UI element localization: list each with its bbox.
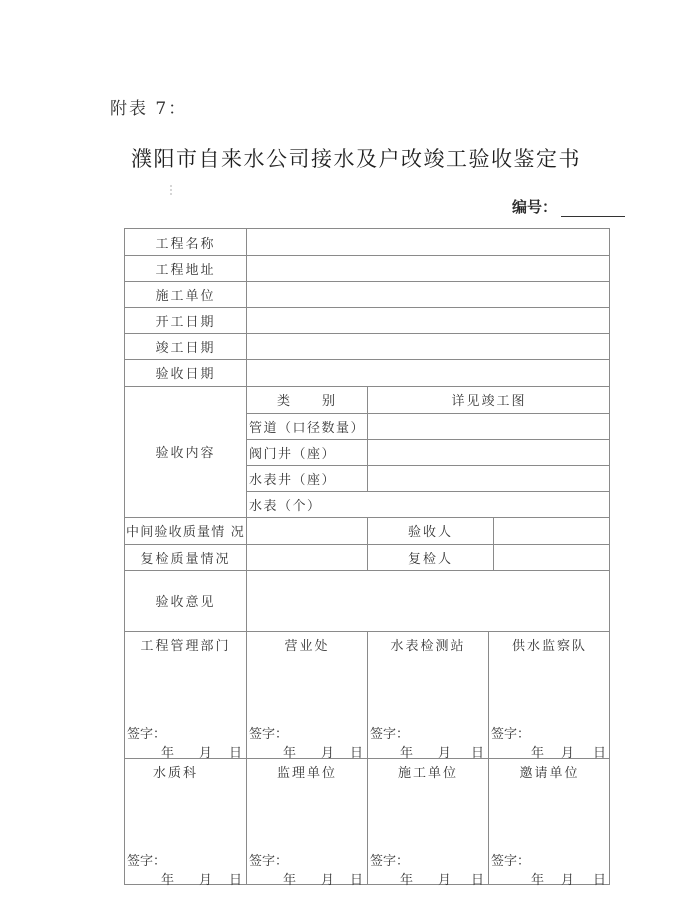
day-label: 日 bbox=[593, 869, 606, 888]
signature-label: 签字： bbox=[370, 723, 409, 742]
label-acceptance-opinion: 验收意见 bbox=[125, 570, 246, 631]
category-meter-well: 水表井（座） bbox=[247, 465, 367, 491]
signature-label: 签字： bbox=[491, 723, 530, 742]
org-name: 施工单位 bbox=[368, 762, 488, 781]
category-water-meter: 水表（个） bbox=[247, 491, 610, 517]
label-project-name: 工程名称 bbox=[125, 229, 246, 255]
signature-block-water-quality-dept[interactable]: 水质科 签字： 年 月 日 bbox=[125, 758, 246, 885]
signature-block-meter-testing-station[interactable]: 水表检测站 签字： 年 月 日 bbox=[368, 631, 488, 758]
label-interim-quality: 中间验收质量情 况 bbox=[125, 517, 246, 544]
signature-block-construction-unit[interactable]: 施工单位 签字： 年 月 日 bbox=[368, 758, 488, 885]
serial-number-field: 编号： bbox=[512, 196, 625, 217]
input-start-date[interactable] bbox=[247, 307, 610, 333]
label-start-date: 开工日期 bbox=[125, 307, 246, 333]
signature-block-invited-unit[interactable]: 邀请单位 签字： 年 月 日 bbox=[489, 758, 610, 885]
signature-block-business-office[interactable]: 营业处 签字： 年 月 日 bbox=[247, 631, 367, 758]
document-title: 濮阳市自来水公司接水及户改竣工验收鉴定书 bbox=[0, 143, 700, 173]
signature-label: 签字： bbox=[127, 723, 166, 742]
label-rechecker: 复检人 bbox=[368, 544, 493, 570]
input-acceptance-date[interactable] bbox=[247, 359, 610, 386]
category-valve-well: 阀门井（座） bbox=[247, 439, 367, 465]
input-acceptance-opinion[interactable] bbox=[247, 570, 610, 631]
input-inspector[interactable] bbox=[494, 517, 610, 544]
year-label: 年 bbox=[161, 869, 174, 888]
org-name: 水质科 bbox=[125, 762, 226, 781]
label-construction-unit: 施工单位 bbox=[125, 281, 246, 307]
month-label: 月 bbox=[199, 869, 212, 888]
org-name: 邀请单位 bbox=[489, 762, 610, 781]
input-project-address[interactable] bbox=[247, 255, 610, 281]
header-category: 类 别 bbox=[247, 386, 367, 413]
org-name: 水表检测站 bbox=[368, 635, 488, 654]
org-name: 供水监察队 bbox=[489, 635, 610, 654]
org-name: 监理单位 bbox=[247, 762, 367, 781]
category-pipeline: 管道（口径数量） bbox=[247, 413, 367, 439]
year-label: 年 bbox=[400, 869, 413, 888]
signature-block-water-supply-inspection[interactable]: 供水监察队 签字： 年 月 日 bbox=[489, 631, 610, 758]
appendix-label: 附表 7： bbox=[110, 94, 187, 119]
label-completion-date: 竣工日期 bbox=[125, 333, 246, 359]
acceptance-form-table: 工程名称 工程地址 施工单位 开工日期 竣工日期 验收日期 验收内容 类 别 详… bbox=[124, 228, 610, 885]
day-label: 日 bbox=[229, 869, 242, 888]
year-label: 年 bbox=[531, 869, 544, 888]
label-inspector: 验收人 bbox=[368, 517, 493, 544]
day-label: 日 bbox=[471, 869, 484, 888]
signature-label: 签字： bbox=[127, 850, 166, 869]
day-label: 日 bbox=[350, 869, 363, 888]
signature-label: 签字： bbox=[370, 850, 409, 869]
signature-label: 签字： bbox=[491, 850, 530, 869]
input-recheck-quality[interactable] bbox=[247, 544, 367, 570]
signature-label: 签字： bbox=[249, 850, 288, 869]
input-rechecker[interactable] bbox=[494, 544, 610, 570]
label-recheck-quality: 复检质量情况 bbox=[125, 544, 246, 570]
month-label: 月 bbox=[321, 869, 334, 888]
signature-block-engineering-dept[interactable]: 工程管理部门 签字： 年 月 日 bbox=[125, 631, 246, 758]
input-valve-well[interactable] bbox=[368, 439, 610, 465]
input-interim-quality[interactable] bbox=[247, 517, 367, 544]
input-pipeline[interactable] bbox=[368, 413, 610, 439]
org-name: 工程管理部门 bbox=[125, 635, 246, 654]
month-label: 月 bbox=[438, 869, 451, 888]
input-completion-date[interactable] bbox=[247, 333, 610, 359]
input-project-name[interactable] bbox=[247, 229, 610, 255]
header-see-completion-drawing: 详见竣工图 bbox=[368, 386, 610, 413]
org-name: 营业处 bbox=[247, 635, 367, 654]
scan-speck bbox=[170, 185, 172, 197]
year-label: 年 bbox=[283, 869, 296, 888]
label-acceptance-date: 验收日期 bbox=[125, 359, 246, 386]
serial-number-label: 编号： bbox=[512, 196, 557, 217]
label-acceptance-content: 验收内容 bbox=[125, 386, 246, 517]
serial-number-blank[interactable] bbox=[561, 202, 625, 217]
month-label: 月 bbox=[561, 869, 574, 888]
signature-label: 签字： bbox=[249, 723, 288, 742]
label-project-address: 工程地址 bbox=[125, 255, 246, 281]
input-construction-unit[interactable] bbox=[247, 281, 610, 307]
input-meter-well[interactable] bbox=[368, 465, 610, 491]
signature-block-supervision-unit[interactable]: 监理单位 签字： 年 月 日 bbox=[247, 758, 367, 885]
